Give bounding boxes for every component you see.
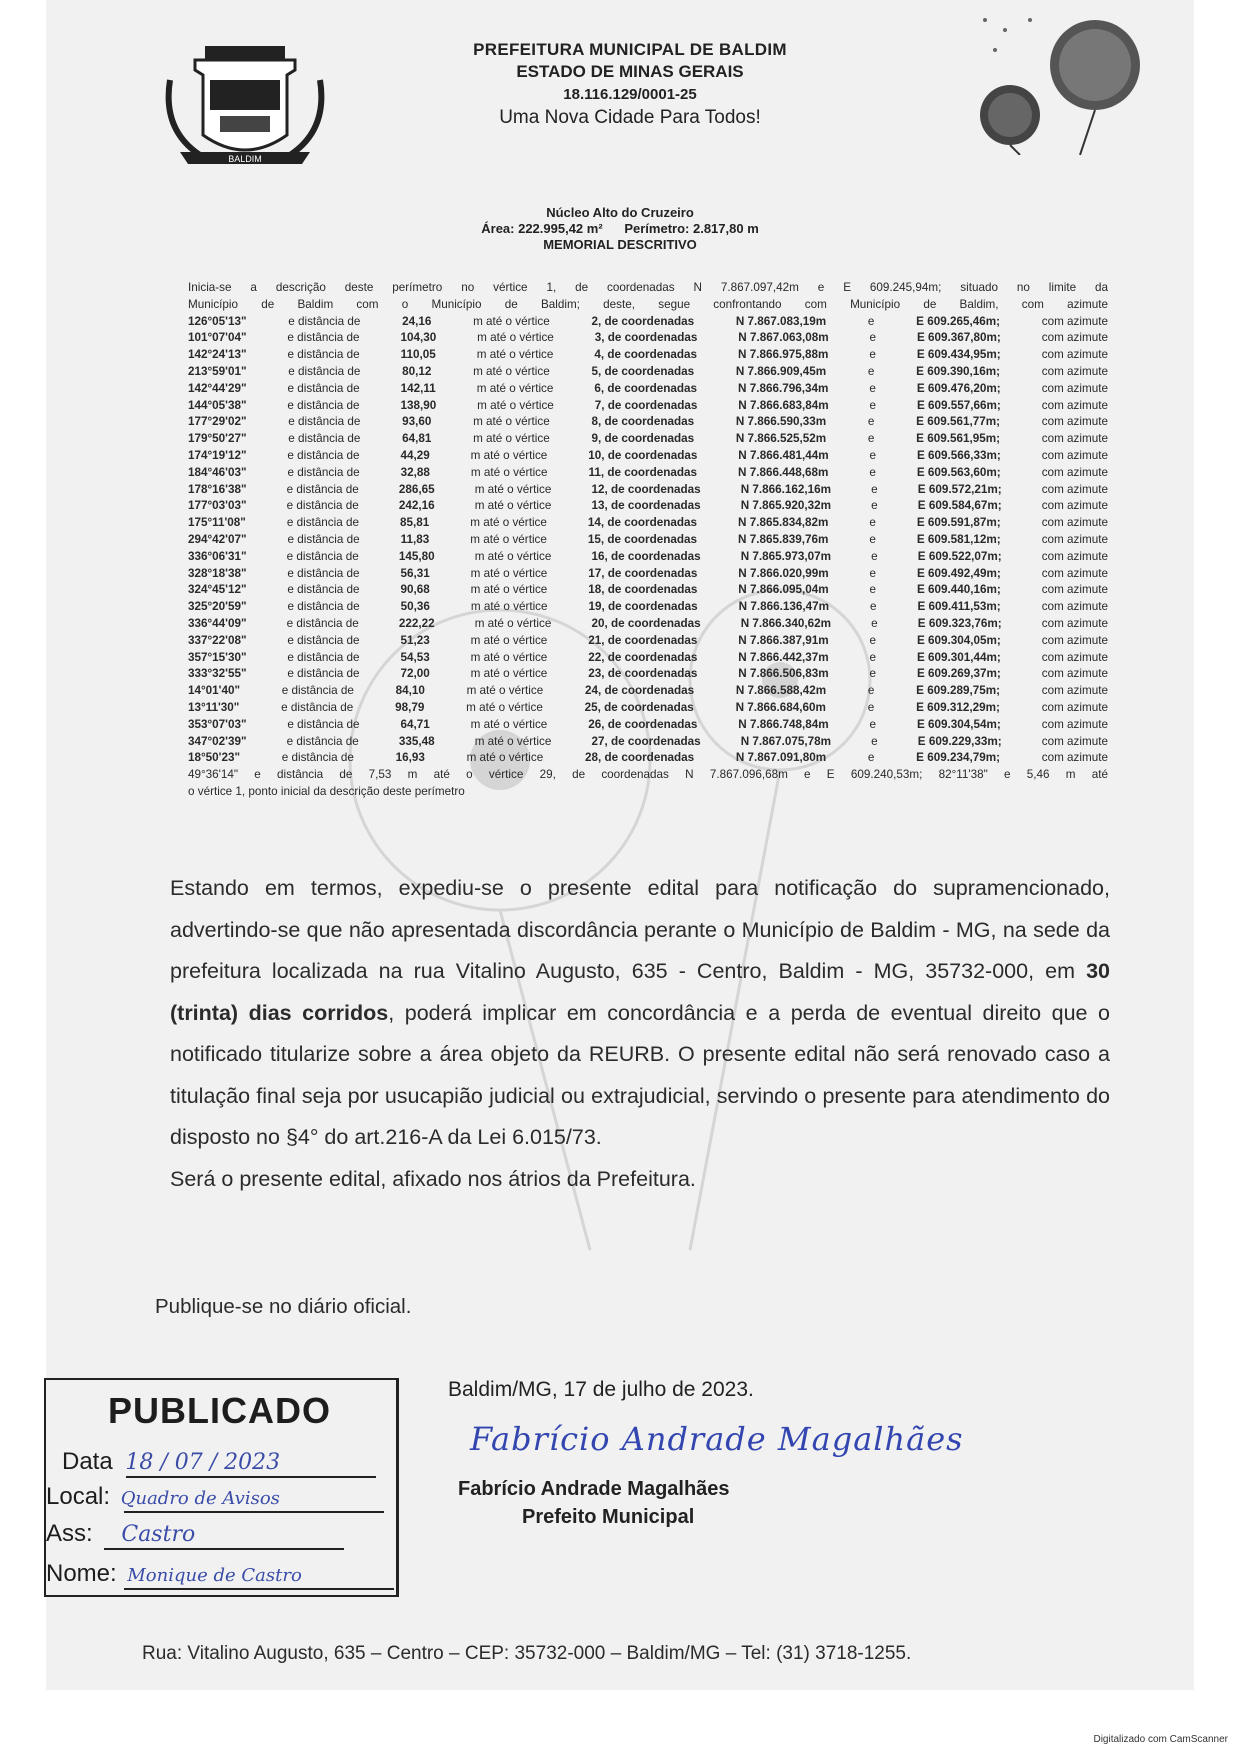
area-value: Área: 222.995,42 m²: [481, 221, 602, 236]
footer-address: Rua: Vitalino Augusto, 635 – Centro – CE…: [142, 1643, 911, 1665]
area-perimeter: Área: 222.995,42 m² Perímetro: 2.817,80 …: [400, 221, 840, 237]
memorial-row: 336°06'31"e distância de145,80m até o vé…: [188, 549, 1108, 566]
stamp-nome-row: Nome: Monique de Castro: [46, 1560, 302, 1588]
stamp-data-row: Data 18 / 07 / 2023: [62, 1448, 280, 1476]
memorial-heading: MEMORIAL DESCRITIVO: [400, 237, 840, 253]
slogan: Uma Nova Cidade Para Todos!: [420, 107, 840, 129]
signatory-name: Fabrício Andrade Magalhães: [458, 1478, 730, 1501]
edital-paragraph-1: Estando em termos, expediu-se o presente…: [170, 868, 1110, 1159]
stamp-local-value: Quadro de Avisos: [121, 1488, 280, 1509]
memorial-row: 336°44'09"e distância de222,22m até o vé…: [188, 616, 1108, 633]
municipality-name: PREFEITURA MUNICIPAL DE BALDIM: [420, 40, 840, 60]
memorial-row: 357°15'30"e distância de54,53m até o vér…: [188, 650, 1108, 667]
edital-body: Estando em termos, expediu-se o presente…: [170, 868, 1110, 1200]
memorial-rows: 126°05'13"e distância de24,16m até o vér…: [188, 314, 1108, 768]
memorial-row: 18°50'23"e distância de16,93m até o vért…: [188, 750, 1108, 767]
memorial-title-block: Núcleo Alto do Cruzeiro Área: 222.995,42…: [400, 205, 840, 253]
memorial-descritivo: Inicia-se a descrição deste perímetro no…: [188, 280, 1108, 801]
handwritten-signature: Fabrício Andrade Magalhães: [470, 1420, 964, 1458]
memorial-row: 328°18'38"e distância de56,31m até o vér…: [188, 566, 1108, 583]
memorial-row: 177°03'03"e distância de242,16m até o vé…: [188, 498, 1108, 515]
stamp-nome-value: Monique de Castro: [127, 1565, 301, 1586]
svg-text:BALDIM: BALDIM: [228, 154, 262, 164]
perimeter-value: Perímetro: 2.817,80 m: [624, 221, 758, 236]
publicado-stamp: PUBLICADO Data 18 / 07 / 2023 Local: Qua…: [44, 1378, 399, 1597]
memorial-row: 179°50'27"e distância de64,81m até o vér…: [188, 431, 1108, 448]
memorial-intro-b: Município de Baldim com o Município de B…: [188, 297, 1108, 314]
municipal-crest-icon: BALDIM: [160, 40, 330, 170]
memorial-row: 178°16'38"e distância de286,65m até o vé…: [188, 482, 1108, 499]
memorial-row: 13°11'30"e distância de98,79m até o vért…: [188, 700, 1108, 717]
memorial-closing: o vértice 1, ponto inicial da descrição …: [188, 784, 1108, 801]
edital-paragraph-2: Será o presente edital, afixado nos átri…: [170, 1159, 1110, 1201]
memorial-row: 294°42'07"e distância de11,83m até o vér…: [188, 532, 1108, 549]
publique-note: Publique-se no diário oficial.: [155, 1295, 411, 1319]
memorial-row: 177°29'02"e distância de93,60m até o vér…: [188, 414, 1108, 431]
memorial-row: 333°32'55"e distância de72,00m até o vér…: [188, 666, 1108, 683]
stamp-ass-value: Castro: [121, 1522, 195, 1547]
stamp-date-value: 18 / 07 / 2023: [125, 1450, 280, 1475]
stamp-ass-row: Ass: Castro: [46, 1520, 195, 1548]
cnpj: 18.116.129/0001-25: [420, 86, 840, 103]
memorial-row: 337°22'08"e distância de51,23m até o vér…: [188, 633, 1108, 650]
stamp-title: PUBLICADO: [108, 1390, 331, 1432]
nucleo-name: Núcleo Alto do Cruzeiro: [400, 205, 840, 221]
memorial-row: 325°20'59"e distância de50,36m até o vér…: [188, 599, 1108, 616]
memorial-row: 126°05'13"e distância de24,16m até o vér…: [188, 314, 1108, 331]
signatory-role: Prefeito Municipal: [522, 1506, 694, 1529]
memorial-row: 14°01'40"e distância de84,10m até o vért…: [188, 683, 1108, 700]
memorial-row: 347°02'39"e distância de335,48m até o vé…: [188, 734, 1108, 751]
place-date: Baldim/MG, 17 de julho de 2023.: [448, 1378, 754, 1402]
dandelion-decoration-icon: [965, 5, 1145, 155]
camscanner-note: Digitalizado com CamScanner: [1093, 1734, 1228, 1745]
memorial-row: 324°45'12"e distância de90,68m até o vér…: [188, 582, 1108, 599]
memorial-row: 175°11'08"e distância de85,81m até o vér…: [188, 515, 1108, 532]
memorial-intro-a: Inicia-se a descrição deste perímetro no…: [188, 280, 1108, 297]
state-name: ESTADO DE MINAS GERAIS: [420, 62, 840, 82]
memorial-row: 142°44'29"e distância de142,11m até o vé…: [188, 381, 1108, 398]
memorial-row: 184°46'03"e distância de32,88m até o vér…: [188, 465, 1108, 482]
memorial-row: 101°07'04"e distância de104,30m até o vé…: [188, 330, 1108, 347]
memorial-last-line: 49°36'14" e distância de 7,53 m até o vé…: [188, 767, 1108, 784]
memorial-row: 353°07'03"e distância de64,71m até o vér…: [188, 717, 1108, 734]
memorial-row: 213°59'01"e distância de80,12m até o vér…: [188, 364, 1108, 381]
memorial-row: 144°05'38"e distância de138,90m até o vé…: [188, 398, 1108, 415]
memorial-row: 174°19'12"e distância de44,29m até o vér…: [188, 448, 1108, 465]
stamp-local-row: Local: Quadro de Avisos: [46, 1483, 280, 1511]
letterhead: PREFEITURA MUNICIPAL DE BALDIM ESTADO DE…: [420, 40, 840, 129]
memorial-row: 142°24'13"e distância de110,05m até o vé…: [188, 347, 1108, 364]
